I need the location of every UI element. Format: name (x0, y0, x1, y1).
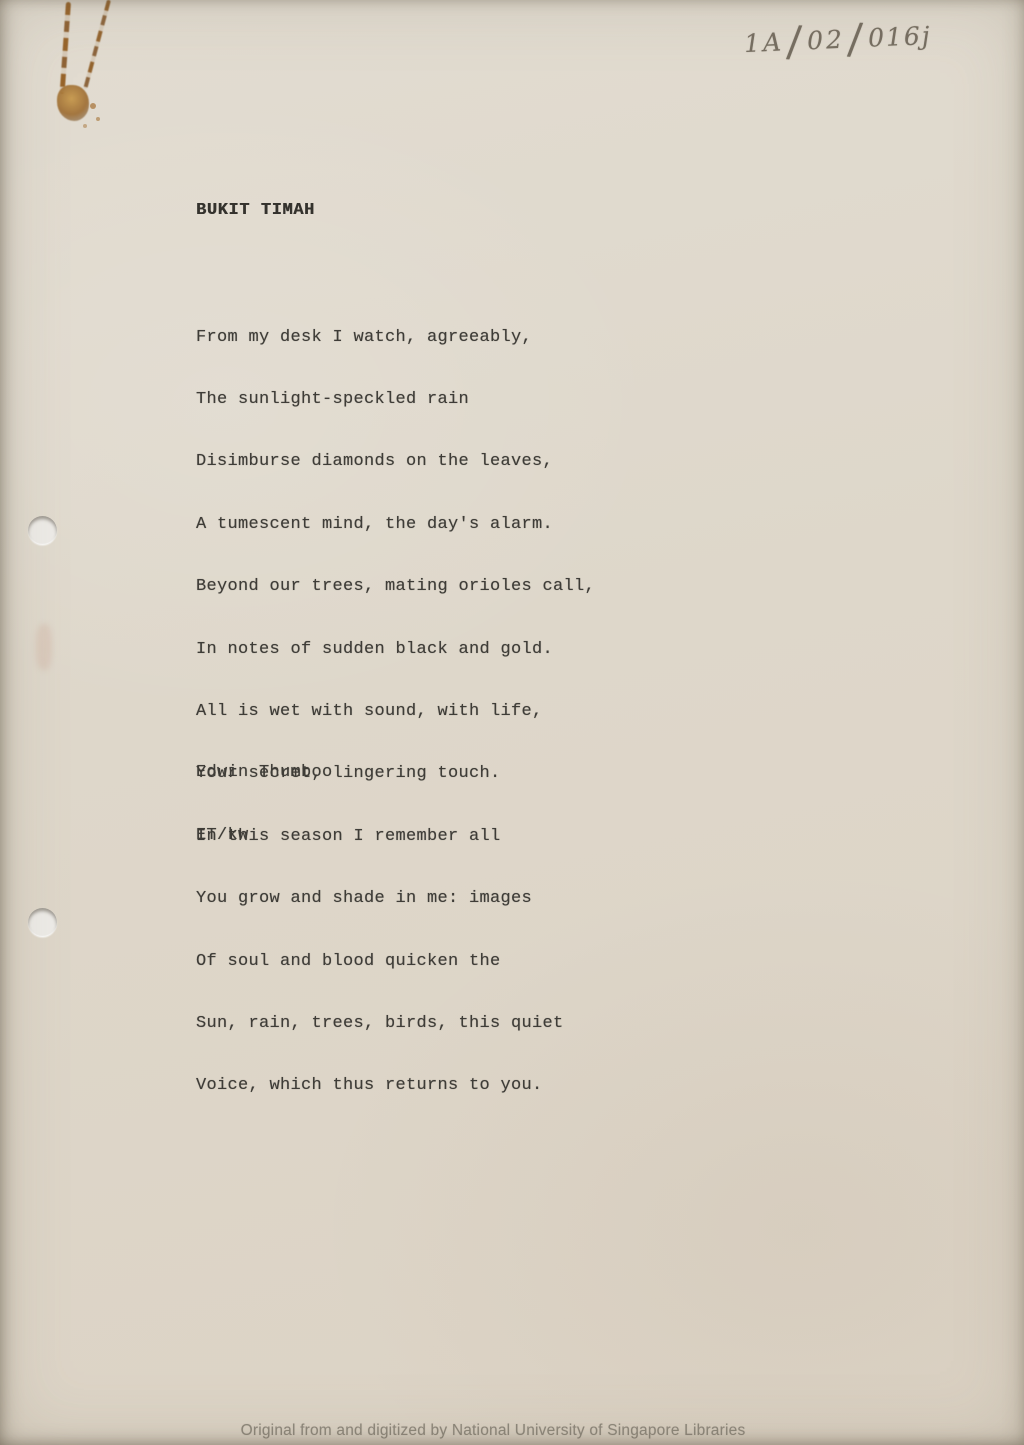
poem-line: Sun, rain, trees, birds, this quiet (196, 1014, 595, 1035)
rust-stain (0, 0, 160, 140)
poem-line: Disimburse diamonds on the leaves, (196, 452, 595, 473)
reference-part: 1A (743, 27, 784, 58)
handwritten-reference-number: 1A / 02 / 016j (743, 14, 932, 64)
reference-part: 02 (807, 24, 846, 55)
poem-line: Beyond our trees, mating orioles call, (196, 577, 595, 598)
poem-line: From my desk I watch, agreeably, (196, 328, 595, 349)
rust-streak-right (83, 0, 111, 89)
poem-body: From my desk I watch, agreeably, The sun… (196, 286, 595, 1139)
poem-line: In this season I remember all (196, 827, 595, 848)
rust-blob (57, 85, 89, 121)
typist-initials: ET/kw (196, 826, 249, 845)
paper-smudge (36, 624, 52, 670)
poem-line: The sunlight-speckled rain (196, 390, 595, 411)
poem-line: A tumescent mind, the day's alarm. (196, 515, 595, 536)
poem-line: All is wet with sound, with life, (196, 702, 595, 723)
poem-line: Of soul and blood quicken the (196, 952, 595, 973)
reference-slash: / (786, 20, 806, 63)
rust-streak-left (60, 2, 71, 94)
punch-hole-top (28, 516, 57, 545)
poem-line: You grow and shade in me: images (196, 889, 595, 910)
digitization-watermark: Original from and digitized by National … (241, 1422, 746, 1440)
author-name: Edwin Thumboo (196, 763, 333, 782)
poem-line: In notes of sudden black and gold. (196, 640, 595, 661)
reference-slash: / (847, 18, 867, 61)
reference-part: 016j (867, 20, 932, 52)
poem-line: Voice, which thus returns to you. (196, 1076, 595, 1097)
poem-title: BUKIT TIMAH (196, 201, 315, 220)
punch-hole-bottom (28, 908, 57, 937)
rust-droplets (90, 103, 96, 109)
scanned-page: 1A / 02 / 016j BUKIT TIMAH From my desk … (0, 0, 1024, 1445)
